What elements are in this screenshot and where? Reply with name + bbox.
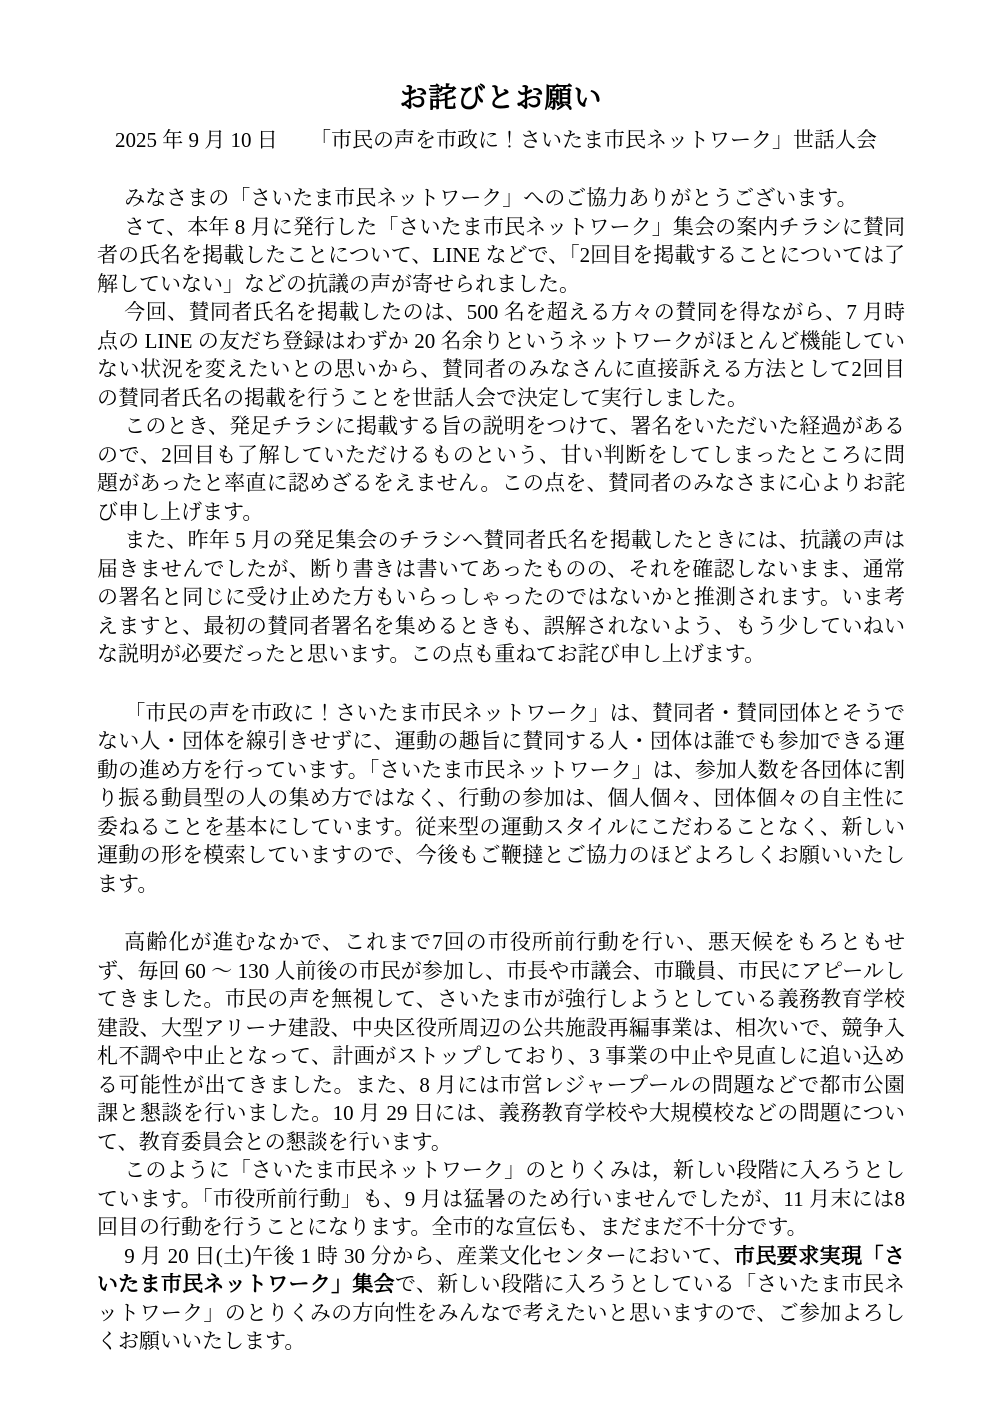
paragraph-activities: 高齢化が進むなかで、これまで7回の市役所前行動を行い、悪天候をもろともせず、毎回… — [97, 928, 905, 1156]
page-title: お詫びとお願い — [97, 82, 905, 116]
paragraph-meeting-invite: 9 月 20 日(土)午後 1 時 30 分から、産業文化センターにおいて、市民… — [97, 1242, 905, 1356]
document-content: お詫びとお願い 2025 年 9 月 10 日 「市民の声を市政に！さいたま市民… — [0, 0, 992, 1356]
paragraph-greeting: みなさまの「さいたま市民ネットワーク」へのご協力ありがとうございます。 — [97, 184, 905, 213]
paragraph-new-stage: このように「さいたま市民ネットワーク」のとりくみは，新しい段階に入ろうとしていま… — [97, 1156, 905, 1242]
paragraph-issue: さて、本年 8 月に発行した「さいたま市民ネットワーク」集会の案内チラシに賛同者… — [97, 213, 905, 299]
document-page: お詫びとお願い 2025 年 9 月 10 日 「市民の声を市政に！さいたま市民… — [0, 0, 992, 1403]
document-date: 2025 年 9 月 10 日 — [115, 126, 278, 154]
invite-pre-text: 9 月 20 日(土)午後 1 時 30 分から、産業文化センターにおいて、 — [124, 1244, 734, 1268]
organization-name: 「市民の声を市政に！さいたま市民ネットワーク」世話人会 — [310, 126, 877, 154]
paragraph-apology-2: また、昨年 5 月の発足集会のチラシへ賛同者氏名を掲載したときには、抗議の声は届… — [97, 526, 905, 669]
paragraph-apology-1: このとき、発足チラシに掲載する旨の説明をつけて、署名をいただいた経過があるので、… — [97, 412, 905, 526]
paragraph-network-policy: 「市民の声を市政に！さいたま市民ネットワーク」は、賛同者・賛同団体とそうでない人… — [97, 699, 905, 899]
dateline: 2025 年 9 月 10 日 「市民の声を市政に！さいたま市民ネットワーク」世… — [97, 126, 905, 154]
document-body: みなさまの「さいたま市民ネットワーク」へのご協力ありがとうございます。 さて、本… — [97, 184, 905, 1356]
paragraph-reason: 今回、賛同者氏名を掲載したのは、500 名を超える方々の賛同を得ながら、7 月時… — [97, 298, 905, 412]
